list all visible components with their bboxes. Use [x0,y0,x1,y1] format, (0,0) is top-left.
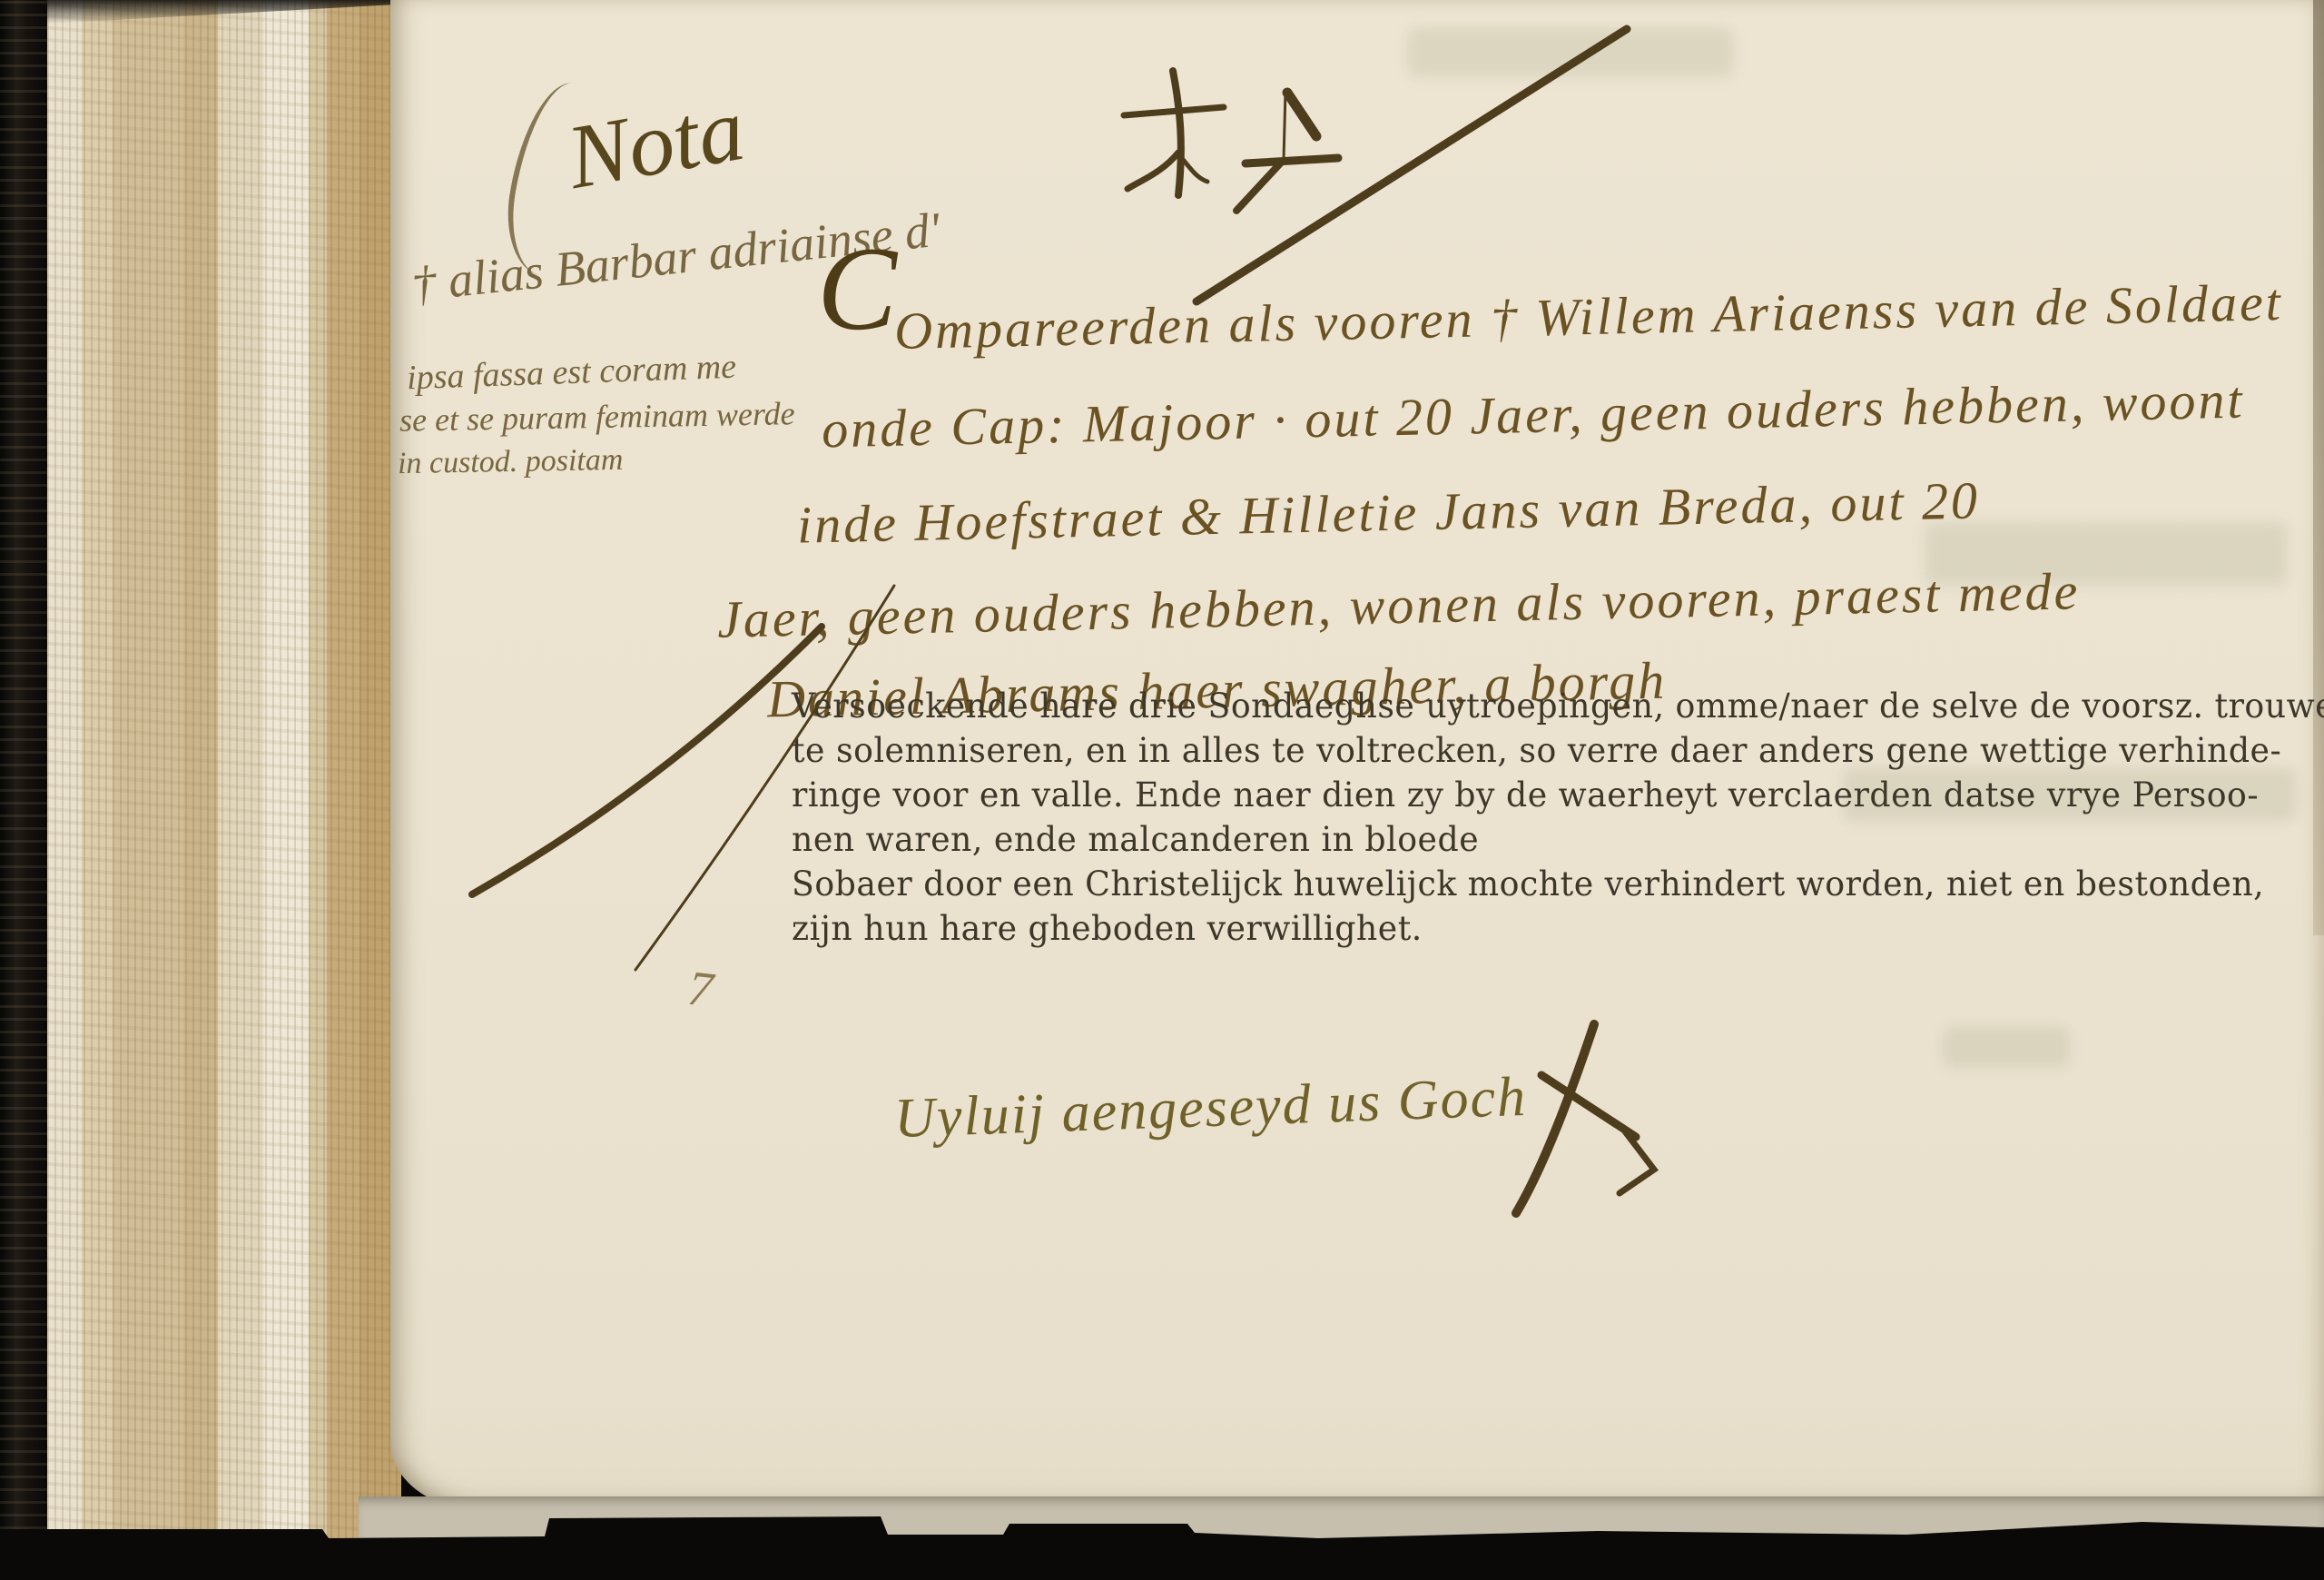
formula-line: nen waren, ende malcanderen in bloede [792,820,1479,859]
latin-margin-note: se et se puram feminam werde [399,394,795,439]
entry-drop-cap: C [817,229,897,349]
latin-margin-note: in custod. positam [398,443,624,481]
formula-line: zijn hun hare gheboden verwillighet. [792,909,1423,948]
ink-bleed-smudge [1943,1026,2070,1067]
formula-line: ringe voor en valle. Ende naer dien zy b… [792,775,2259,815]
page-stack-edge [47,0,401,1580]
ink-bleed-smudge [1407,27,1734,77]
book-binding [0,0,47,1580]
formula-line: Sobaer door een Christelijck huwelijck m… [792,864,2264,904]
page-right-edge [2313,0,2324,935]
formula-line: Versoeckende hare drie Sondaeghse uytroe… [792,686,2324,726]
formula-line: te solemniseren, en in alles te voltreck… [792,731,2281,770]
